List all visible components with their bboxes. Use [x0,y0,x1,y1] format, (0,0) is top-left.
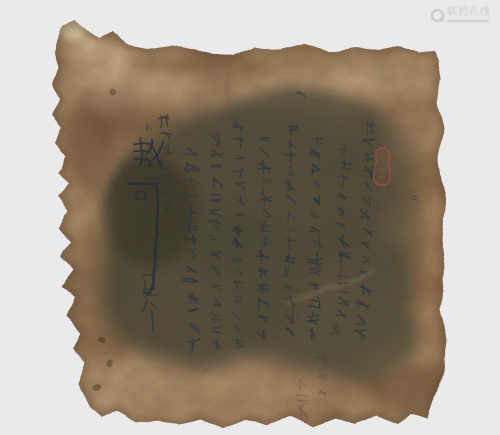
watermark-text: 联拍在线 [447,8,491,18]
manuscript-photo [0,0,500,435]
watermark-logo-icon [431,9,444,22]
manuscript-paper [40,15,472,435]
auction-watermark: 联拍在线 [431,8,491,22]
watermark-text-stack: 联拍在线 [447,8,491,22]
calligraphy-stroke [234,213,243,215]
watermark-subtext-bar [447,20,489,22]
auction-photo-canvas: 敕可 丙辰 [0,0,500,435]
